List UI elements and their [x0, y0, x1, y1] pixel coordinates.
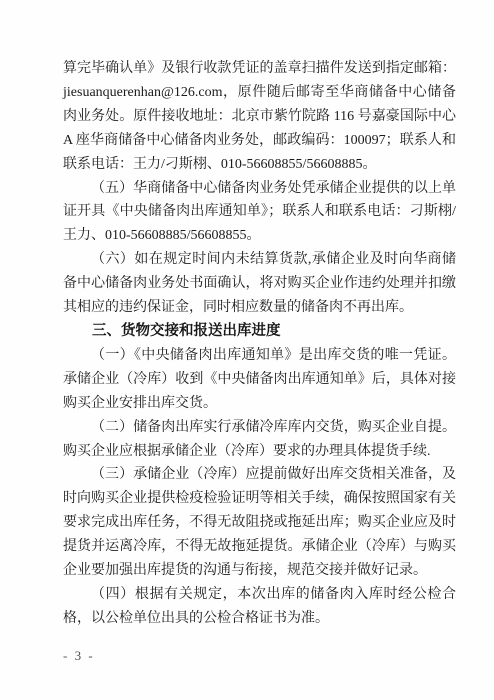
- paragraph-item-one: （一）《中央储备肉出库通知单》是出库交货的唯一凭证。承储企业（冷库）收到《中央储…: [63, 344, 456, 416]
- paragraph-item-six: （六）如在规定时间内未结算货款,承储企业及时向华商储备中心储备肉业务处书面确认，…: [63, 248, 456, 320]
- section-heading-three: 三、货物交接和报送出库进度: [63, 320, 456, 344]
- paragraph-item-three: （三）承储企业（冷库）应提前做好出库交货相关准备，及时向购买企业提供检疫检验证明…: [63, 463, 456, 583]
- paragraph-item-two: （二）储备肉出库实行承储冷库库内交货，购买企业自提。购买企业应根据承储企业（冷库…: [63, 416, 456, 464]
- page-number: - 3 -: [63, 648, 95, 664]
- document-body: 算完毕确认单》及银行收款凭证的盖章扫描件发送到指定邮箱：jiesuanquere…: [63, 57, 456, 631]
- paragraph-continuation: 算完毕确认单》及银行收款凭证的盖章扫描件发送到指定邮箱：jiesuanquere…: [63, 57, 456, 177]
- document-page: 算完毕确认单》及银行收款凭证的盖章扫描件发送到指定邮箱：jiesuanquere…: [0, 0, 494, 700]
- paragraph-item-five: （五）华商储备中心储备肉业务处凭承储企业提供的以上单证开具《中央储备肉出库通知单…: [63, 177, 456, 249]
- paragraph-item-four: （四）根据有关规定，本次出库的储备肉入库时经公检合格，以公检单位出具的公检合格证…: [63, 583, 456, 631]
